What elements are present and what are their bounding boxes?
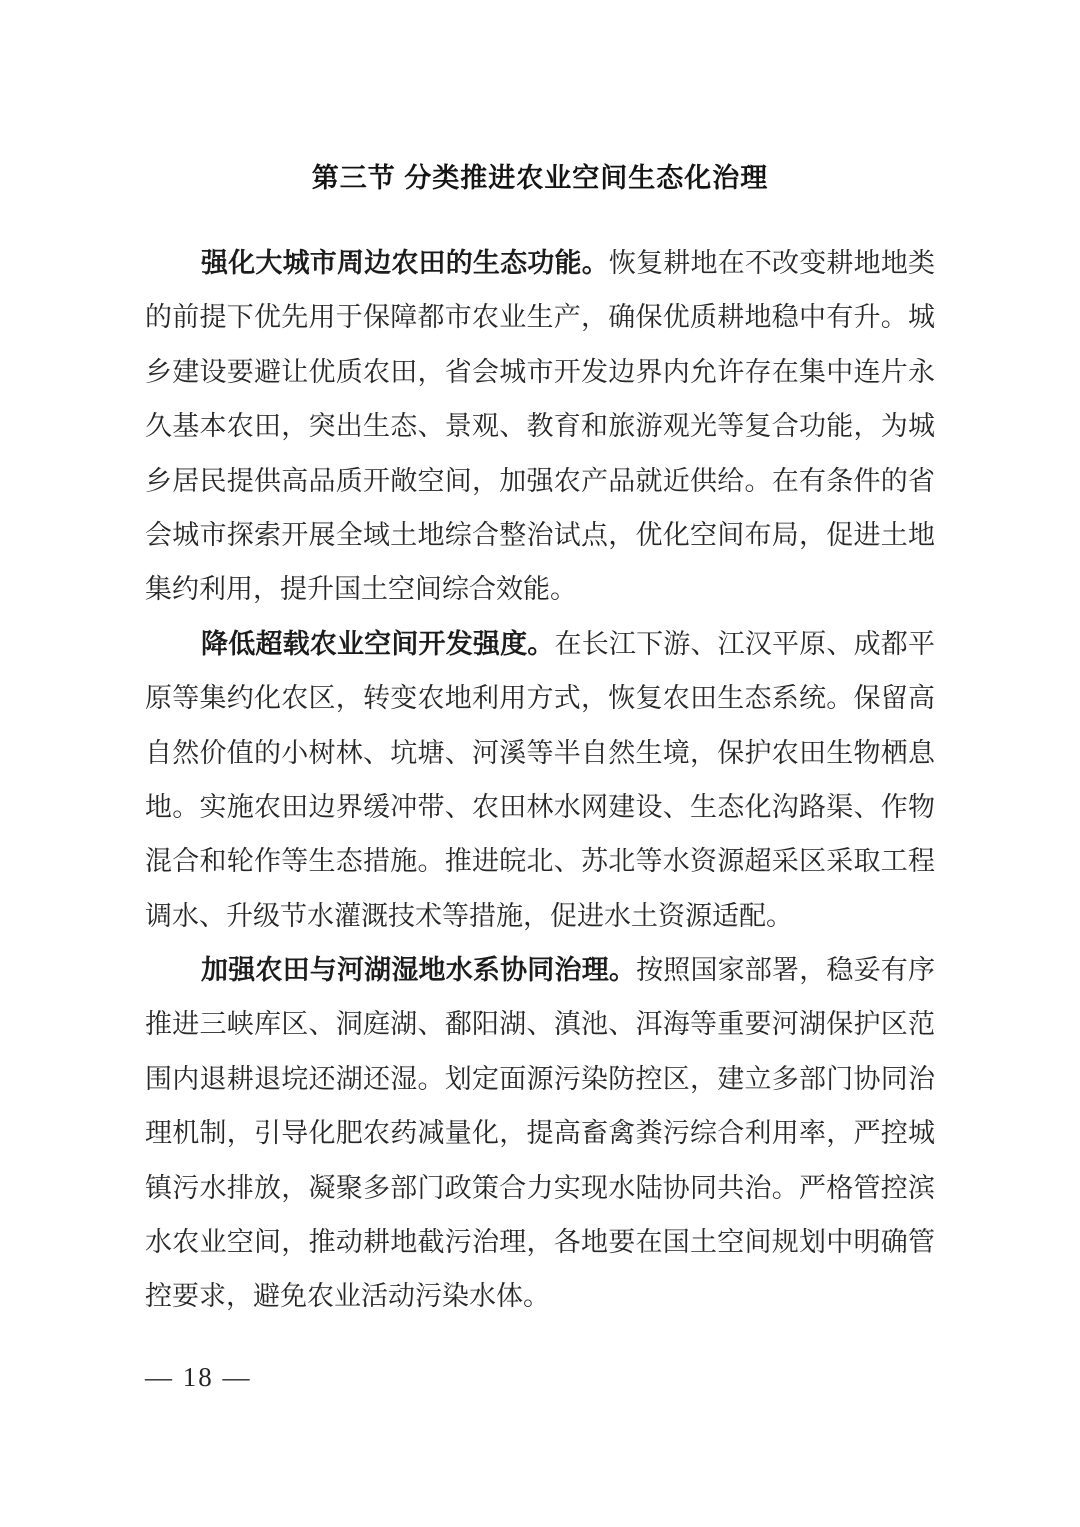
text-line: 理机制，引导化肥农药减量化，提高畜禽粪污综合利用率，严控城 xyxy=(145,1106,935,1160)
paragraph-text: 按照国家部署，稳妥有序 xyxy=(636,955,935,985)
text-line: 加强农田与河湖湿地水系协同治理。按照国家部署，稳妥有序 xyxy=(145,943,935,997)
document-page: 第三节 分类推进农业空间生态化治理 强化大城市周边农田的生态功能。恢复耕地在不改… xyxy=(0,0,1080,1527)
text-line: 原等集约化农区，转变农地利用方式，恢复农田生态系统。保留高 xyxy=(145,671,935,725)
paragraph-lead-sentence: 加强农田与河湖湿地水系协同治理。 xyxy=(201,955,636,985)
text-line: 控要求，避免农业活动污染水体。 xyxy=(145,1269,935,1323)
paragraph: 强化大城市周边农田的生态功能。恢复耕地在不改变耕地地类 的前提下优先用于保障都市… xyxy=(145,236,935,617)
text-line: 地。实施农田边界缓冲带、农田林水网建设、生态化沟路渠、作物 xyxy=(145,780,935,834)
text-line: 镇污水排放，凝聚多部门政策合力实现水陆协同共治。严格管控滨 xyxy=(145,1161,935,1215)
text-line: 调水、升级节水灌溉技术等措施，促进水土资源适配。 xyxy=(145,889,935,943)
paragraph-text: 在长江下游、江汉平原、成都平 xyxy=(555,629,936,659)
text-line: 推进三峡库区、洞庭湖、鄱阳湖、滇池、洱海等重要河湖保护区范 xyxy=(145,997,935,1051)
text-line: 久基本农田，突出生态、景观、教育和旅游观光等复合功能，为城 xyxy=(145,399,935,453)
body-text-block: 强化大城市周边农田的生态功能。恢复耕地在不改变耕地地类 的前提下优先用于保障都市… xyxy=(145,236,935,1324)
text-line: 围内退耕退垸还湖还湿。划定面源污染防控区，建立多部门协同治 xyxy=(145,1052,935,1106)
text-line: 的前提下优先用于保障都市农业生产，确保优质耕地稳中有升。城 xyxy=(145,290,935,344)
paragraph-lead-sentence: 强化大城市周边农田的生态功能。 xyxy=(201,248,609,278)
text-line: 会城市探索开展全域土地综合整治试点，优化空间布局，促进土地 xyxy=(145,508,935,562)
text-line: 混合和轮作等生态措施。推进皖北、苏北等水资源超采区采取工程 xyxy=(145,834,935,888)
text-line: 乡居民提供高品质开敞空间，加强农产品就近供给。在有条件的省 xyxy=(145,454,935,508)
page-number: — 18 — xyxy=(145,1360,252,1394)
text-line: 降低超载农业空间开发强度。在长江下游、江汉平原、成都平 xyxy=(145,617,935,671)
section-title: 第三节 分类推进农业空间生态化治理 xyxy=(0,160,1080,196)
text-line: 乡建设要避让优质农田，省会城市开发边界内允许存在集中连片永 xyxy=(145,345,935,399)
paragraph-lead-sentence: 降低超载农业空间开发强度。 xyxy=(201,629,555,659)
paragraph: 降低超载农业空间开发强度。在长江下游、江汉平原、成都平 原等集约化农区，转变农地… xyxy=(145,617,935,943)
text-line: 集约利用，提升国土空间综合效能。 xyxy=(145,562,935,616)
paragraph-text: 恢复耕地在不改变耕地地类 xyxy=(609,248,935,278)
text-line: 强化大城市周边农田的生态功能。恢复耕地在不改变耕地地类 xyxy=(145,236,935,290)
text-line: 水农业空间，推动耕地截污治理，各地要在国土空间规划中明确管 xyxy=(145,1215,935,1269)
paragraph: 加强农田与河湖湿地水系协同治理。按照国家部署，稳妥有序 推进三峡库区、洞庭湖、鄱… xyxy=(145,943,935,1324)
text-line: 自然价值的小树林、坑塘、河溪等半自然生境，保护农田生物栖息 xyxy=(145,726,935,780)
